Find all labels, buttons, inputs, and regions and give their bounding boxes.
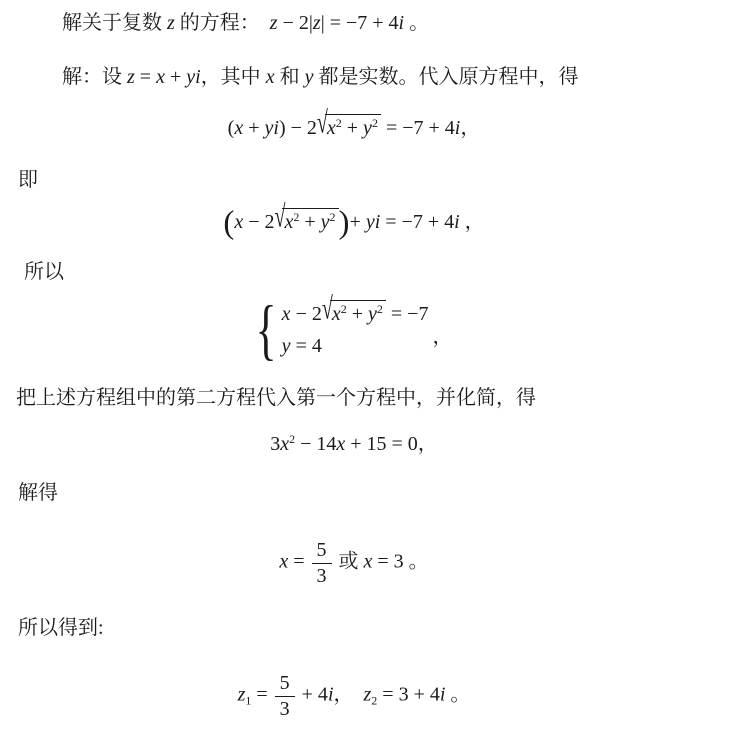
math-token: 5 (280, 672, 290, 694)
formula-answers: z1 = 53 + 4i， z2 = 3 + 4i 。 (0, 672, 756, 720)
math-token: yi (366, 211, 380, 233)
math-token: = 4 (291, 335, 322, 357)
math-token: y (368, 303, 377, 325)
system-row: y = 4 (282, 333, 322, 359)
formula-roots: x = 53 或 x = 3 。 (0, 539, 756, 587)
math-token: y (321, 211, 330, 233)
math-token: 3 (280, 698, 290, 720)
fraction: 53 (312, 539, 332, 587)
math-token: ( (223, 205, 234, 241)
math-token: = (288, 551, 309, 573)
formula-quadratic: 3x2 − 14x + 15 = 0， (0, 431, 756, 457)
fraction-numerator: 5 (275, 672, 295, 697)
connector-result: 所以得到: (0, 615, 756, 641)
sqrt-expression: √x2 + y2 (322, 303, 386, 325)
math-token: 和 (275, 66, 305, 88)
math-token: z (313, 12, 321, 34)
connector-jiede: 解得 (0, 480, 756, 506)
fraction-numerator: 5 (312, 539, 332, 564)
formula-substituted: (x + yi) − 2√x2 + y2 = −7 + 4i， (0, 114, 756, 142)
math-token: x (336, 433, 345, 455)
fraction: 53 (275, 672, 295, 720)
solution-setup-line: 解：设 z = x + yi，其中 x 和 y 都是实数。代入原方程中，得 (0, 64, 756, 90)
formula-equation-system: {x − 2√x2 + y2 = −7y = 4， (0, 300, 756, 359)
math-token: + (350, 211, 366, 233)
math-token: − 2 (243, 211, 274, 233)
math-token: = (251, 684, 272, 706)
math-token: − 2| (278, 12, 313, 34)
math-token: = −7 + 4 (381, 117, 455, 139)
math-token: y (282, 335, 291, 357)
math-token: + (347, 303, 368, 325)
math-token: = 3 + 4 (377, 684, 440, 706)
problem-statement: 解关于复数 z 的方程： z − 2|z| = −7 + 4i 。 (0, 10, 756, 36)
math-token: 都是实数。代入原方程中，得 (313, 66, 578, 88)
math-token: + (342, 117, 363, 139)
math-token: 3 (270, 433, 280, 455)
math-token: + 4 (297, 684, 328, 706)
math-token: ) − 2 (279, 117, 317, 139)
math-token: x (234, 117, 243, 139)
math-token: x (279, 551, 288, 573)
math-token: 3 (317, 565, 327, 587)
radicand: x2 + y2 (282, 208, 338, 236)
fraction-denominator: 3 (275, 697, 295, 720)
math-token: y (363, 117, 372, 139)
math-token: ) (339, 205, 350, 241)
math-token: yi (186, 66, 200, 88)
math-token: x (156, 66, 165, 88)
math-token: ， (460, 117, 480, 139)
math-token: + 15 = 0， (345, 433, 438, 455)
math-token: x (282, 303, 291, 325)
math-token: 或 (334, 551, 364, 573)
math-token: = −7 (386, 303, 429, 325)
math-token: z (127, 66, 135, 88)
radicand: x2 + y2 (325, 114, 381, 142)
math-token: 。 (445, 684, 470, 706)
connector-ji: 即 (0, 167, 756, 193)
equation-system: {x − 2√x2 + y2 = −7y = 4 (256, 300, 429, 359)
math-token: z (167, 12, 175, 34)
math-token: x (280, 433, 289, 455)
fraction-denominator: 3 (312, 564, 332, 587)
radicand: x2 + y2 (330, 300, 386, 328)
math-token: yi (265, 117, 279, 139)
math-token: x (332, 303, 341, 325)
connector-suoyi: 所以 (0, 259, 756, 285)
math-token: 2 (330, 210, 336, 224)
math-token: ， (334, 684, 364, 706)
math-solution-document: 解关于复数 z 的方程： z − 2|z| = −7 + 4i 。 解：设 z … (0, 0, 756, 731)
math-token: 5 (317, 539, 327, 561)
math-token: + (165, 66, 186, 88)
math-token: = 3 。 (372, 551, 428, 573)
math-token: + (243, 117, 264, 139)
math-token: x (234, 211, 243, 233)
math-token: − 2 (291, 303, 322, 325)
system-rows: x − 2√x2 + y2 = −7y = 4 (282, 300, 429, 359)
math-token: 解关于复数 (62, 12, 167, 34)
math-token: + (299, 211, 320, 233)
radical-sign-icon: √ (275, 197, 286, 237)
radical-sign-icon: √ (317, 103, 328, 143)
math-token: − 14 (295, 433, 336, 455)
system-row: x − 2√x2 + y2 = −7 (282, 300, 429, 328)
math-token: x (327, 117, 336, 139)
sqrt-expression: √x2 + y2 (317, 117, 381, 139)
formula-regrouped: (x − 2√x2 + y2)+ yi = −7 + 4i ， (0, 208, 756, 236)
math-token: = −7 + 4 (380, 211, 454, 233)
substitution-step-text: 把上述方程组中的第二方程代入第一个方程中，并化简，得 (0, 385, 756, 411)
math-token: 解：设 (62, 66, 127, 88)
math-token: ，其中 (201, 66, 266, 88)
math-token: ， (460, 211, 485, 233)
math-token: 的方程： (175, 12, 270, 34)
left-brace-icon: { (256, 299, 277, 360)
math-token: 2 (377, 302, 383, 316)
math-token: z (270, 12, 278, 34)
math-token: 。 (404, 12, 429, 34)
radical-sign-icon: √ (322, 289, 333, 329)
sqrt-expression: √x2 + y2 (275, 211, 339, 233)
math-token: 2 (372, 116, 378, 130)
math-token: | = −7 + 4 (321, 12, 399, 34)
math-token: = (135, 66, 156, 88)
math-token: x (266, 66, 275, 88)
math-token: ， (432, 324, 452, 350)
